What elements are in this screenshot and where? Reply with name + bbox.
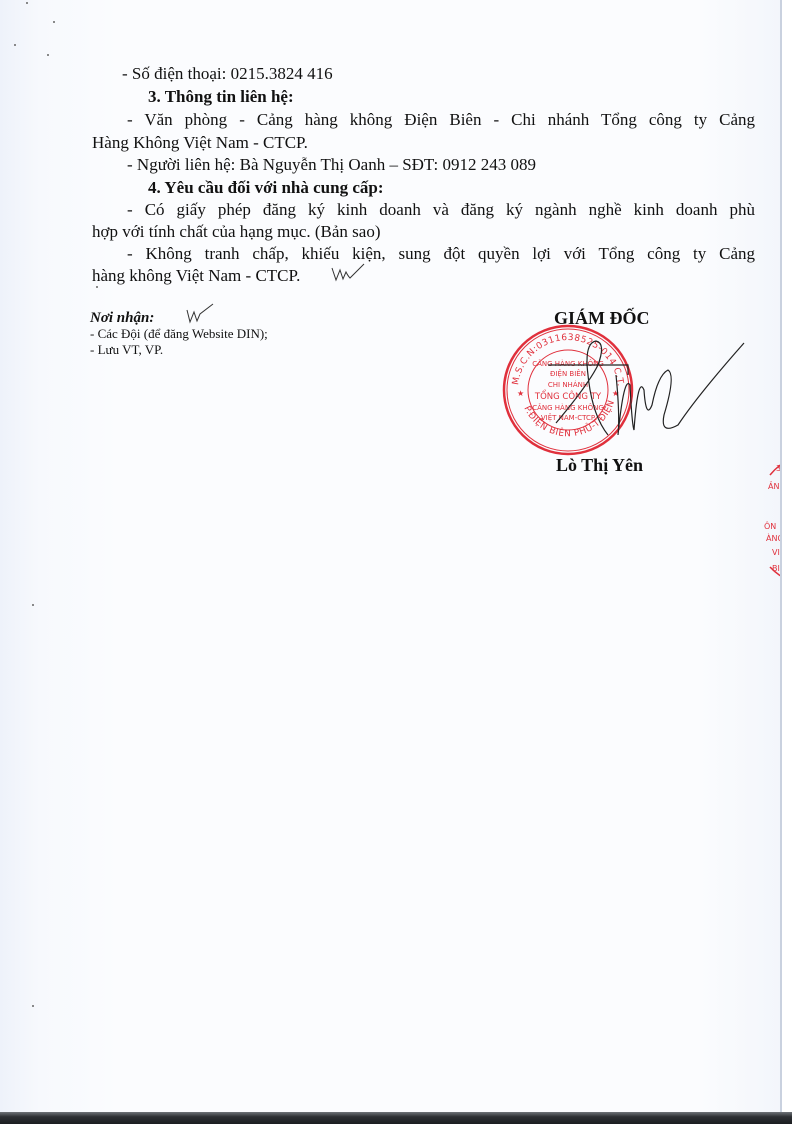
scanner-bottom-edge — [0, 1112, 792, 1124]
recipient-item: - Lưu VT, VP. — [90, 342, 268, 358]
section-4-heading: 4. Yêu cầu đối với nhà cung cấp: — [148, 178, 384, 198]
handwritten-signature — [548, 335, 748, 455]
scan-speck — [96, 286, 98, 288]
recipient-item: - Các Đội (để đăng Website DIN); — [90, 326, 268, 342]
scan-speck — [32, 1005, 34, 1007]
recipients-block: Nơi nhận: - Các Đội (để đăng Website DIN… — [90, 310, 268, 358]
signatory-position: GIÁM ĐỐC — [554, 308, 650, 329]
requirement-1-line-2: hợp với tính chất của hạng mục. (Bản sao… — [92, 222, 381, 242]
document-page: - Số điện thoại: 0215.3824 416 3. Thông … — [0, 0, 783, 1112]
contact-person-line: - Người liên hệ: Bà Nguyễn Thị Oanh – SĐ… — [127, 155, 536, 175]
section-3-heading: 3. Thông tin liên hệ: — [148, 87, 294, 107]
svg-text:★: ★ — [517, 389, 524, 398]
office-line-1: - Văn phòng - Cảng hàng không Điện Biên … — [127, 110, 755, 130]
phone-line: - Số điện thoại: 0215.3824 416 — [122, 64, 333, 84]
requirement-2-line-1: - Không tranh chấp, khiếu kiện, sung đột… — [127, 244, 755, 264]
office-line-2: Hàng Không Việt Nam - CTCP. — [92, 133, 308, 153]
recipients-title: Nơi nhận: — [90, 310, 268, 326]
initial-mark-icon — [330, 262, 366, 288]
scan-speck — [26, 2, 28, 4]
requirement-1-line-1: - Có giấy phép đăng ký kinh doanh và đăn… — [127, 200, 755, 220]
scan-speck — [53, 21, 55, 23]
requirement-2-line-2: hàng không Việt Nam - CTCP. — [92, 266, 300, 286]
scan-speck — [32, 604, 34, 606]
initial-mark-icon — [185, 302, 215, 328]
page-edge-strip — [780, 0, 792, 1112]
scan-speck — [47, 54, 49, 56]
signatory-name: Lò Thị Yên — [556, 455, 643, 476]
svg-text:ÔN: ÔN — [764, 520, 776, 531]
scan-speck — [14, 44, 16, 46]
